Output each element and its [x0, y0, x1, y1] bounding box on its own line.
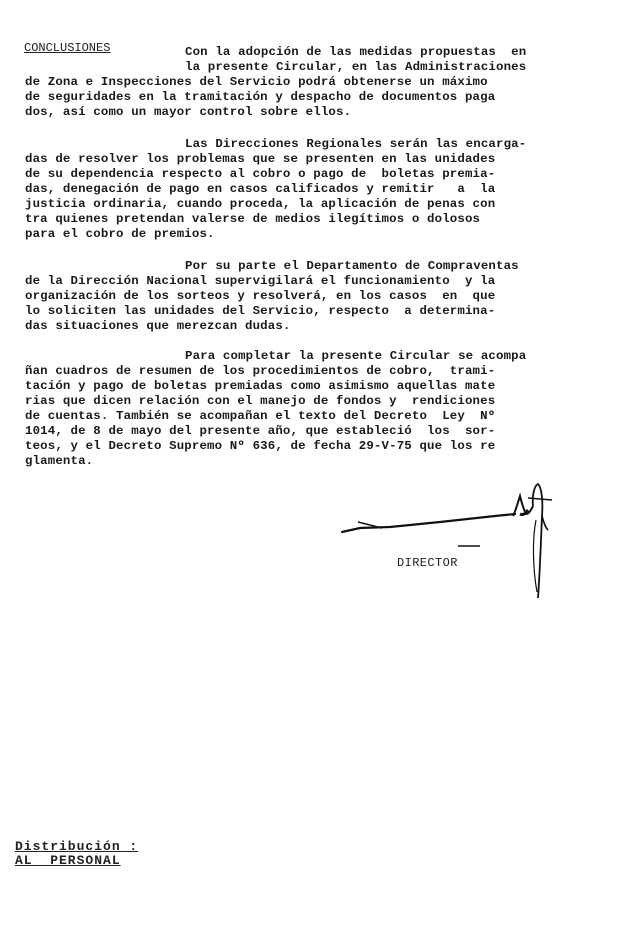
text-line: Para completar la presente Circular se a… — [185, 349, 526, 364]
text-line: para el cobro de premios. — [25, 227, 215, 242]
text-line: de seguridades en la tramitación y despa… — [25, 90, 495, 105]
signature-icon — [330, 480, 570, 610]
section-heading: CONCLUSIONES — [24, 41, 110, 56]
text-line: ñan cuadros de resumen de los procedimie… — [25, 364, 495, 379]
text-line: de cuentas. También se acompañan el text… — [25, 409, 495, 424]
text-line: tación y pago de boletas premiadas como … — [25, 379, 495, 394]
text-line: glamenta. — [25, 454, 93, 469]
text-line: de la Dirección Nacional supervigilará e… — [25, 274, 495, 289]
distribution-label: Distribución : — [15, 840, 138, 853]
text-line: justicia ordinaria, cuando proceda, la a… — [25, 197, 495, 212]
text-line: la presente Circular, en las Administrac… — [185, 60, 526, 75]
text-line: de su dependencia respecto al cobro o pa… — [25, 167, 495, 182]
text-line: Con la adopción de las medidas propuesta… — [185, 45, 526, 60]
text-line: teos, y el Decreto Supremo Nº 636, de fe… — [25, 439, 495, 454]
text-line: das situaciones que merezcan dudas. — [25, 319, 291, 334]
text-line: lo soliciten las unidades del Servicio, … — [25, 304, 495, 319]
text-line: dos, así como un mayor control sobre ell… — [25, 105, 351, 120]
text-line: organización de los sorteos y resolverá,… — [25, 289, 495, 304]
text-line: de Zona e Inspecciones del Servicio podr… — [25, 75, 488, 90]
text-line: 1014, de 8 de mayo del presente año, que… — [25, 424, 495, 439]
text-line: das, denegación de pago en casos calific… — [25, 182, 495, 197]
text-line: das de resolver los problemas que se pre… — [25, 152, 495, 167]
text-line: tra quienes pretendan valerse de medios … — [25, 212, 480, 227]
signatory-title: DIRECTOR — [397, 556, 458, 570]
distribution-recipient: AL PERSONAL — [15, 854, 121, 867]
text-line: Las Direcciones Regionales serán las enc… — [185, 137, 526, 152]
text-line: Por su parte el Departamento de Comprave… — [185, 259, 519, 274]
text-line: rias que dicen relación con el manejo de… — [25, 394, 495, 409]
